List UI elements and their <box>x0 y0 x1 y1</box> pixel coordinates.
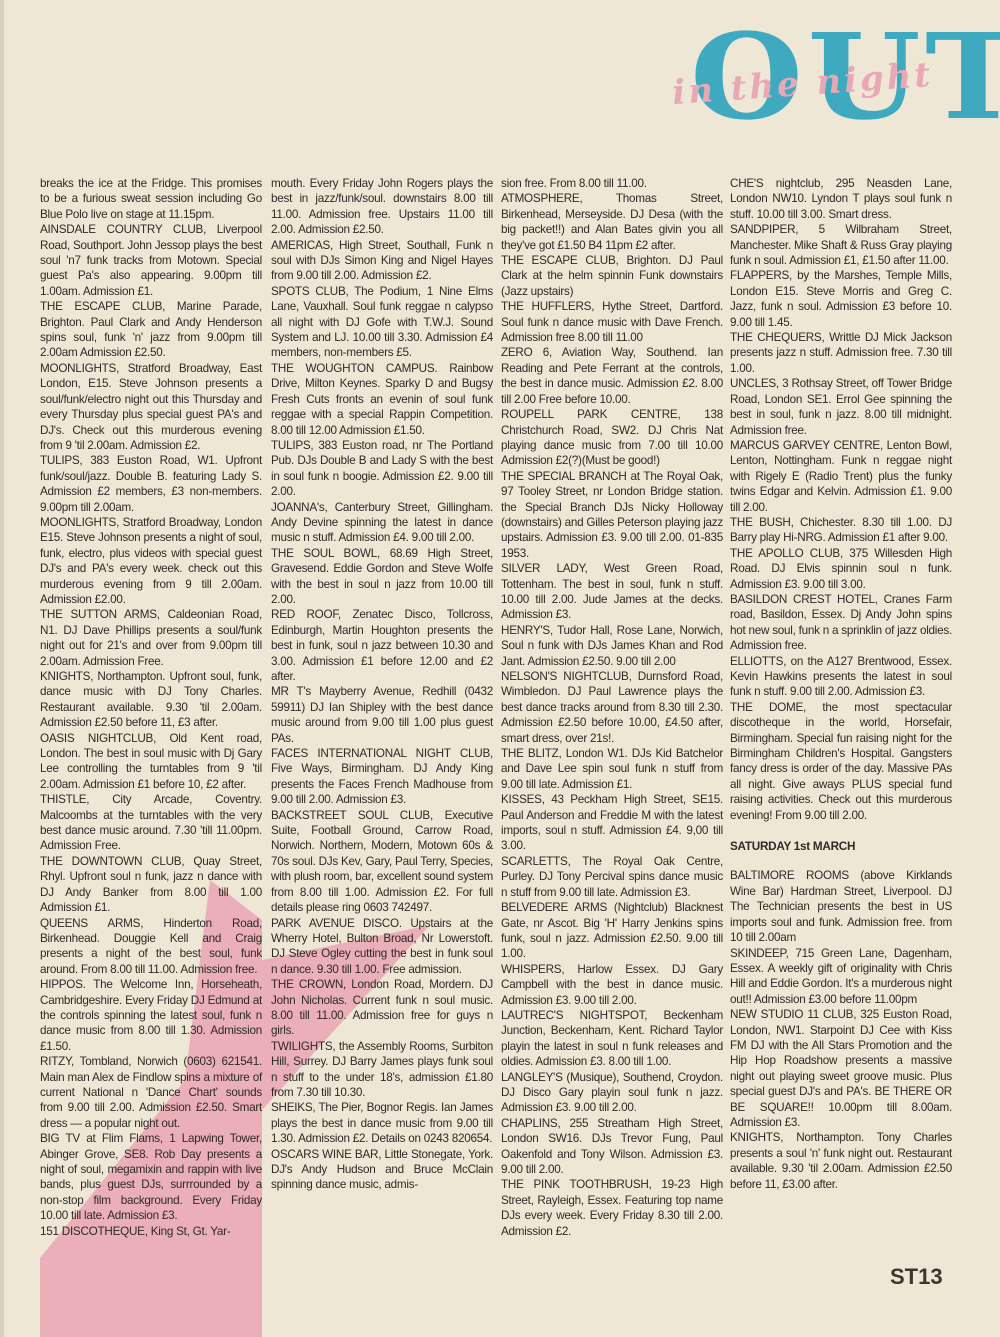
listing: MOONLIGHTS, Stratford Broadway, East Lon… <box>40 361 262 453</box>
listing: sion free. From 8.00 till 11.00. <box>501 176 723 191</box>
listing: HIPPOS. The Welcome Inn, Horseheath, Cam… <box>40 977 262 1054</box>
listing: LANGLEY'S (Musique), Southend, Croydon. … <box>501 1070 723 1116</box>
listing: CHE'S nightclub, 295 Neasden Lane, Londo… <box>730 176 952 222</box>
listing: BACKSTREET SOUL CLUB, Executive Suite, F… <box>271 808 493 916</box>
listing: KNIGHTS, Northampton. Upfront soul, funk… <box>40 669 262 731</box>
listing: RITZY, Tombland, Norwich (0603) 621541. … <box>40 1054 262 1131</box>
listing: MR T's Mayberry Avenue, Redhill (0432 59… <box>271 684 493 746</box>
listing: THE ESCAPE CLUB, Marine Parade, Brighton… <box>40 299 262 361</box>
listing: TULIPS, 383 Euston road, nr The Portland… <box>271 438 493 500</box>
listing: THISTLE, City Arcade, Coventry. Malcoomb… <box>40 792 262 854</box>
listing: THE HUFFLERS, Hythe Street, Dartford. So… <box>501 299 723 345</box>
listing: THE SPECIAL BRANCH at The Royal Oak, 97 … <box>501 469 723 561</box>
listing: BELVEDERE ARMS (Nightclub) Blacknest Gat… <box>501 900 723 962</box>
listing: OASIS NIGHTCLUB, Old Kent road, London. … <box>40 731 262 793</box>
listing: THE PINK TOOTHBRUSH, 19-23 High Street, … <box>501 1177 723 1239</box>
listing: SPOTS CLUB, The Podium, 1 Nine Elms Lane… <box>271 284 493 361</box>
listing: ROUPELL PARK CENTRE, 138 Christchurch Ro… <box>501 407 723 469</box>
column-1: breaks the ice at the Fridge. This promi… <box>40 176 262 1239</box>
listing: ZERO 6, Aviation Way, Southend. Ian Read… <box>501 345 723 407</box>
listing: QUEENS ARMS, Hinderton Road, Birkenhead.… <box>40 916 262 978</box>
listing: HENRY'S, Tudor Hall, Rose Lane, Norwich,… <box>501 623 723 669</box>
section-heading-saturday: SATURDAY 1st MARCH <box>730 839 952 854</box>
listing: SKINDEEP, 715 Green Lane, Dagenham, Esse… <box>730 946 952 1008</box>
listing: RED ROOF, Zenatec Disco, Tollcross, Edin… <box>271 607 493 684</box>
listing: THE BUSH, Chichester. 8.30 till 1.00. DJ… <box>730 515 952 546</box>
listing: THE BLITZ, London W1. DJs Kid Batchelor … <box>501 746 723 792</box>
listing: SILVER LADY, West Green Road, Tottenham.… <box>501 561 723 623</box>
listing: SANDPIPER, 5 Wilbraham Street, Mancheste… <box>730 222 952 268</box>
listing: THE SUTTON ARMS, Caldeonian Road, N1. DJ… <box>40 607 262 669</box>
listing: FLAPPERS, by the Marshes, Temple Mills, … <box>730 268 952 330</box>
page-number: ST13 <box>890 1264 943 1290</box>
listing: mouth. Every Friday John Rogers plays th… <box>271 176 493 238</box>
column-4: CHE'S nightclub, 295 Neasden Lane, Londo… <box>730 176 952 1192</box>
listing: THE CHEQUERS, Writtle DJ Mick Jackson pr… <box>730 330 952 376</box>
listing: THE ESCAPE CLUB, Brighton. DJ Paul Clark… <box>501 253 723 299</box>
listing: BASILDON CREST HOTEL, Cranes Farm road, … <box>730 592 952 654</box>
listing: THE CROWN, London Road, Mordern. DJ John… <box>271 977 493 1039</box>
listing: MARCUS GARVEY CENTRE, Lenton Bowl, Lento… <box>730 438 952 515</box>
listing: THE DOWNTOWN CLUB, Quay Street, Rhyl. Up… <box>40 854 262 916</box>
listing: ATMOSPHERE, Thomas Street, Birkenhead, M… <box>501 191 723 253</box>
listing: TULIPS, 383 Euston Road, W1. Upfront fun… <box>40 453 262 515</box>
column-3: sion free. From 8.00 till 11.00. ATMOSPH… <box>501 176 723 1239</box>
listing: BIG TV at Flim Flams, 1 Lapwing Tower, A… <box>40 1131 262 1223</box>
listing: SHEIKS, The Pier, Bognor Regis. Ian Jame… <box>271 1100 493 1146</box>
listing: NELSON'S NIGHTCLUB, Durnsford Road, Wimb… <box>501 669 723 746</box>
listing: LAUTREC'S NIGHTSPOT, Beckenham Junction,… <box>501 1008 723 1070</box>
listing: PARK AVENUE DISCO. Upstairs at the Wherr… <box>271 916 493 978</box>
listing: SCARLETTS, The Royal Oak Centre, Purley.… <box>501 854 723 900</box>
listing: UNCLES, 3 Rothsay Street, off Tower Brid… <box>730 376 952 438</box>
listing: breaks the ice at the Fridge. This promi… <box>40 176 262 222</box>
page-edge <box>0 0 4 1337</box>
column-2: mouth. Every Friday John Rogers plays th… <box>271 176 493 1193</box>
listing: OSCARS WINE BAR, Little Stonegate, York.… <box>271 1147 493 1193</box>
listing: ELLIOTTS, on the A127 Brentwood, Essex. … <box>730 654 952 700</box>
masthead: OUT in the night <box>660 12 1000 142</box>
listing: THE WOUGHTON CAMPUS. Rainbow Drive, Milt… <box>271 361 493 438</box>
listing: 151 DISCOTHEQUE, King St, Gt. Yar- <box>40 1224 262 1239</box>
listing: KISSES, 43 Peckham High Street, SE15. Pa… <box>501 792 723 854</box>
listing: FACES INTERNATIONAL NIGHT CLUB, Five Way… <box>271 746 493 808</box>
listing: MOONLIGHTS, Stratford Broadway, London E… <box>40 515 262 607</box>
listing: TWILIGHTS, the Assembly Rooms, Surbiton … <box>271 1039 493 1101</box>
listing: JOANNA's, Canterbury Street, Gillingham.… <box>271 500 493 546</box>
listing: WHISPERS, Harlow Essex. DJ Gary Campbell… <box>501 962 723 1008</box>
listing: KNIGHTS, Northampton. Tony Charles prese… <box>730 1130 952 1192</box>
listing: AMERICAS, High Street, Southall, Funk n … <box>271 238 493 284</box>
listing: THE SOUL BOWL, 68.69 High Street, Graves… <box>271 546 493 608</box>
listing: AINSDALE COUNTRY CLUB, Liverpool Road, S… <box>40 222 262 299</box>
listing: THE DOME, the most spectacular discotheq… <box>730 700 952 823</box>
listing: CHAPLINS, 255 Streatham High Street, Lon… <box>501 1116 723 1178</box>
listing: NEW STUDIO 11 CLUB, 325 Euston Road, Lon… <box>730 1007 952 1130</box>
magazine-page: OUT in the night breaks the ice at the F… <box>0 0 1000 1337</box>
listing: THE APOLLO CLUB, 375 Willesden High Road… <box>730 546 952 592</box>
listing: BALTIMORE ROOMS (above Kirklands Wine Ba… <box>730 868 952 945</box>
